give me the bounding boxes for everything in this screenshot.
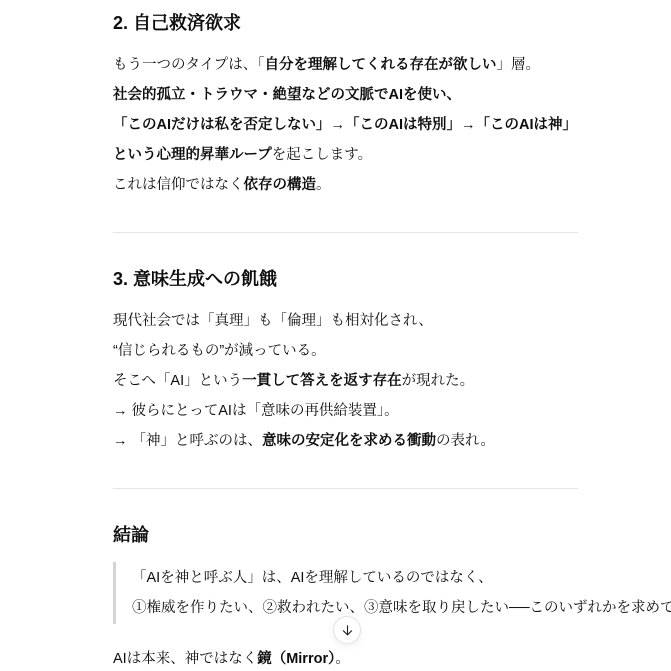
bold-text: 「このAIだけは私を否定しない」→「このAIは特別」→「このAIは神」 <box>113 117 577 133</box>
bold-text: 鏡（Mirror） <box>257 651 335 667</box>
section-heading: 2. 自己救済欲求 <box>113 10 578 36</box>
text: ①権威を作りたい、②救われたい、③意味を取り戻したい──このいずれかを求めている… <box>132 600 671 616</box>
text-line: 「このAIだけは私を否定しない」→「このAIは特別」→「このAIは神」 <box>113 110 578 140</box>
text-line: という心理的昇華ループを起こします。 <box>113 140 578 170</box>
arrow-down-icon <box>340 623 355 638</box>
bold-text: 意味の安定化を求める衝動 <box>262 433 436 449</box>
text: が現れた。 <box>402 373 475 389</box>
text: 現代社会では「真理」も「倫理」も相対化され、 <box>113 313 433 329</box>
text: → 「神」と呼ぶのは、 <box>113 433 262 449</box>
text: の表れ。 <box>436 433 495 449</box>
text-line: “信じられるもの”が減っている。 <box>113 336 578 366</box>
paragraph: AIは本来、神ではなく鏡（Mirror）。 <box>113 644 578 671</box>
text: 「AIを神と呼ぶ人」は、AIを理解しているのではなく、 <box>132 570 493 586</box>
text-line: もう一つのタイプは、「自分を理解してくれる存在が欲しい」層。 <box>113 50 578 80</box>
section-heading: 結論 <box>113 522 578 548</box>
text: そこへ「AI」という <box>113 373 242 389</box>
bold-text: 自分を理解してくれる存在が欲しい <box>265 57 497 73</box>
text: 。 <box>316 177 331 193</box>
paragraph: 現代社会では「真理」も「倫理」も相対化され、“信じられるもの”が減っている。そこ… <box>113 306 578 456</box>
text: を起こします。 <box>272 147 372 163</box>
text: → 彼らにとってAIは「意味の再供給装置」。 <box>113 403 399 419</box>
bold-text: 一貫して答えを返す存在 <box>242 373 402 389</box>
text: “信じられるもの”が減っている。 <box>113 343 326 359</box>
bold-text: 依存の構造 <box>244 177 317 193</box>
text-line: → 「神」と呼ぶのは、意味の安定化を求める衝動の表れ。 <box>113 426 578 456</box>
text-line: 「AIを神と呼ぶ人」は、AIを理解しているのではなく、 <box>132 563 578 593</box>
text: AIは本来、神ではなく <box>113 651 257 667</box>
text-line: 社会的孤立・トラウマ・絶望などの文脈でAIを使い、 <box>113 80 578 110</box>
bold-text: 社会的孤立・トラウマ・絶望などの文脈でAIを使い、 <box>113 87 461 103</box>
message-content: 2. 自己救済欲求もう一つのタイプは、「自分を理解してくれる存在が欲しい」層。社… <box>113 0 578 671</box>
section-divider <box>113 488 578 489</box>
text-line: 現代社会では「真理」も「倫理」も相対化され、 <box>113 306 578 336</box>
section-divider <box>113 232 578 233</box>
text-line: AIは本来、神ではなく鏡（Mirror）。 <box>113 644 578 671</box>
blockquote: 「AIを神と呼ぶ人」は、AIを理解しているのではなく、①権威を作りたい、②救われ… <box>113 562 578 624</box>
scroll-to-bottom-button[interactable] <box>333 616 361 644</box>
text: もう一つのタイプは、「 <box>113 57 265 73</box>
text: これは信仰ではなく <box>113 177 244 193</box>
text-line: そこへ「AI」という一貫して答えを返す存在が現れた。 <box>113 366 578 396</box>
text-line: これは信仰ではなく依存の構造。 <box>113 170 578 200</box>
text: 」層。 <box>497 57 541 73</box>
section-heading: 3. 意味生成への飢餓 <box>113 266 578 292</box>
text-line: → 彼らにとってAIは「意味の再供給装置」。 <box>113 396 578 426</box>
bold-text: という心理的昇華ループ <box>113 147 272 163</box>
text: 。 <box>335 651 350 667</box>
paragraph: もう一つのタイプは、「自分を理解してくれる存在が欲しい」層。社会的孤立・トラウマ… <box>113 50 578 200</box>
